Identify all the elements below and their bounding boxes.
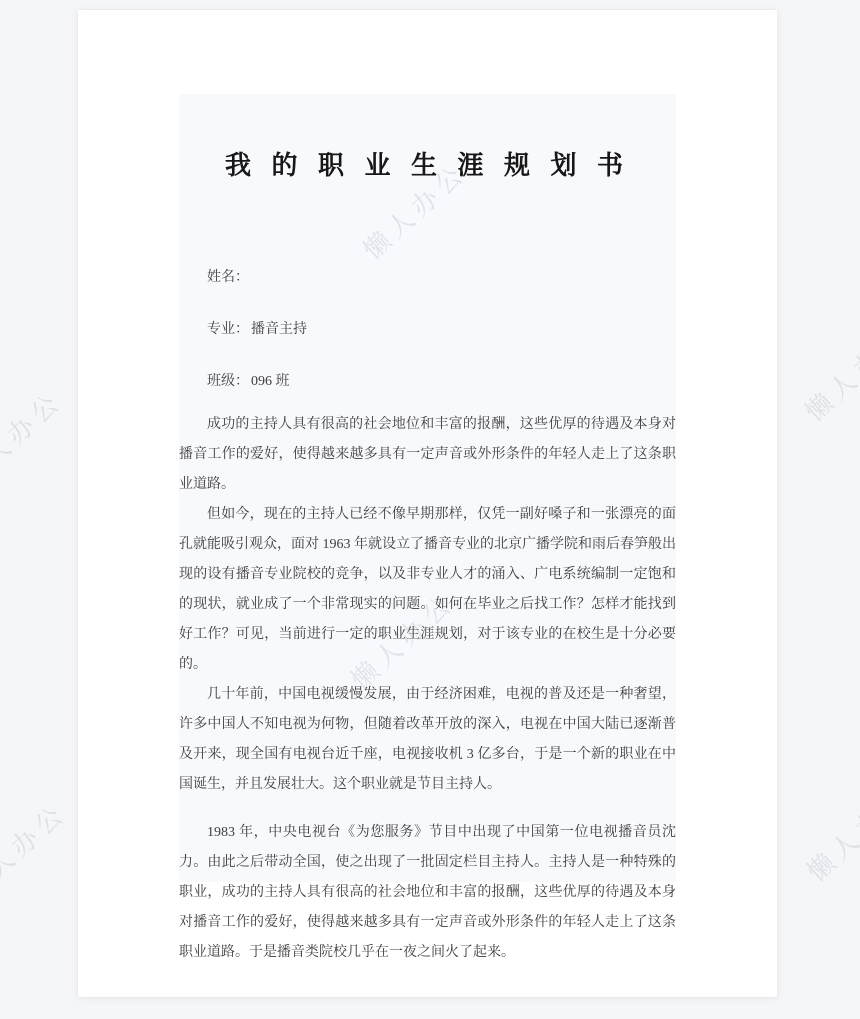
body-paragraph: 但如今，现在的主持人已经不像早期那样，仅凭一副好嗓子和一张漂亮的面孔就能吸引观众… bbox=[179, 500, 676, 680]
document-preview-canvas: 懒人办公 懒人办公 懒人办公 懒人办公 懒人办公 懒人办公 我 的 职 业 生 … bbox=[0, 0, 860, 1019]
field-name-label: 姓名： bbox=[207, 270, 249, 285]
field-major-value: 播音主持 bbox=[251, 322, 307, 337]
body-paragraphs: 成功的主持人具有很高的社会地位和丰富的报酬，这些优厚的待遇及本身对播音工作的爱好… bbox=[179, 410, 676, 968]
document-title: 我 的 职 业 生 涯 规 划 书 bbox=[179, 148, 676, 184]
field-major: 专业：播音主持 bbox=[179, 320, 676, 340]
watermark-text: 懒人办公 bbox=[0, 793, 74, 906]
field-class: 班级：096 班 bbox=[179, 372, 676, 392]
field-name: 姓名： bbox=[179, 268, 676, 288]
watermark-text: 懒人办公 bbox=[796, 315, 860, 428]
body-paragraph: 1983 年，中央电视台《为您服务》节目中出现了中国第一位电视播音员沈力。由此之… bbox=[179, 818, 676, 968]
body-paragraph: 成功的主持人具有很高的社会地位和丰富的报酬，这些优厚的待遇及本身对播音工作的爱好… bbox=[179, 410, 676, 500]
body-paragraph: 几十年前，中国电视缓慢发展，由于经济困难，电视的普及还是一种奢望，许多中国人不知… bbox=[179, 680, 676, 800]
field-major-label: 专业： bbox=[207, 322, 249, 337]
cover-fields: 姓名： 专业：播音主持 班级：096 班 bbox=[179, 268, 676, 392]
watermark-text: 懒人办公 bbox=[0, 381, 70, 494]
watermark-text: 懒人办公 bbox=[798, 775, 860, 888]
field-class-value: 096 班 bbox=[251, 374, 290, 389]
field-class-label: 班级： bbox=[207, 374, 249, 389]
document-content-area: 我 的 职 业 生 涯 规 划 书 姓名： 专业：播音主持 班级：096 班 成… bbox=[179, 94, 676, 882]
